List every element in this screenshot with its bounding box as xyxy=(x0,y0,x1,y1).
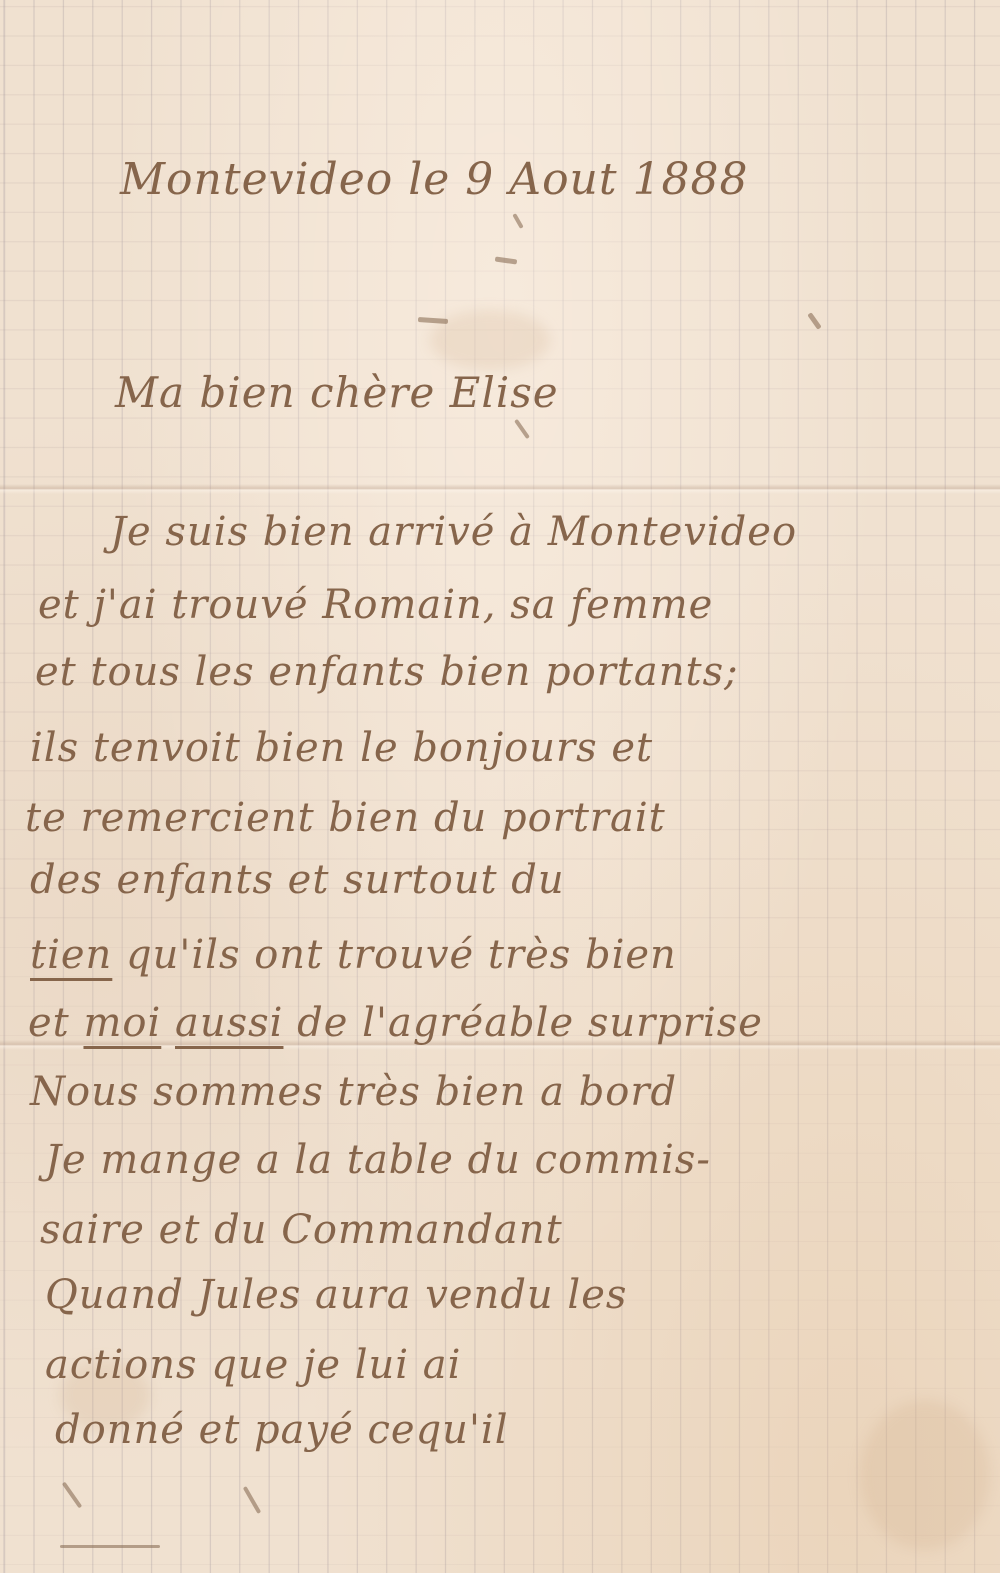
letter-paper xyxy=(0,0,1000,1573)
letter-body-line: Nous sommes très bien a bord xyxy=(30,1072,677,1112)
paper-stain xyxy=(860,1400,990,1550)
letter-body-line: et j'ai trouvé Romain, sa femme xyxy=(38,585,713,625)
letter-body-line: actions que je lui ai xyxy=(45,1345,461,1385)
letter-body-line: et tous les enfants bien portants; xyxy=(35,652,739,692)
line-text: de l'agréable surprise xyxy=(283,1000,763,1046)
letter-body-line: te remercient bien du portrait xyxy=(25,798,666,838)
letter-body-line: Quand Jules aura vendu les xyxy=(45,1275,627,1315)
letter-body-line: ils tenvoit bien le bonjours et xyxy=(30,728,653,768)
underlined-word: moi xyxy=(83,1000,161,1046)
letter-dateline: Montevideo le 9 Aout 1888 xyxy=(120,158,749,202)
line-text: qu'ils ont trouvé très bien xyxy=(112,932,677,978)
ink-bleed-mark xyxy=(60,1545,160,1548)
letter-body-line: tien qu'ils ont trouvé très bien xyxy=(30,935,677,975)
letter-body-line: et moi aussi de l'agréable surprise xyxy=(28,1003,763,1043)
letter-body-line: des enfants et surtout du xyxy=(30,860,565,900)
underlined-word: aussi xyxy=(175,1000,283,1046)
underlined-word: tien xyxy=(30,932,112,978)
letter-body-line: donné et payé cequ'il xyxy=(55,1410,509,1450)
letter-body-line: Je mange a la table du commis- xyxy=(45,1140,711,1180)
line-text xyxy=(161,1000,175,1046)
letter-body-line: Je suis bien arrivé à Montevideo xyxy=(110,512,797,552)
letter-salutation: Ma bien chère Elise xyxy=(115,372,559,414)
paper-stain xyxy=(430,310,550,370)
letter-body-line: saire et du Commandant xyxy=(40,1210,563,1250)
paper-fold-crease xyxy=(0,484,1000,494)
line-text: et xyxy=(28,1000,83,1046)
